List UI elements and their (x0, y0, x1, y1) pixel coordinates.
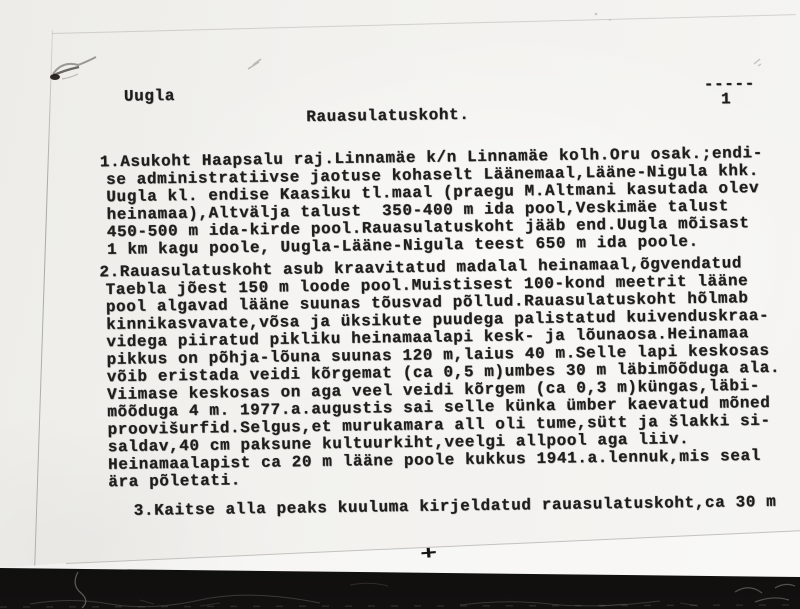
paragraph-2: 2.Rauasulatuskoht asub kraavitatud madal… (99, 255, 781, 492)
registration-plus-mark: + (419, 542, 438, 565)
scanned-document-page: Uugla ----- 1 Rauasulatuskoht. 1.Asukoht… (0, 0, 800, 609)
text-line: 3.Kaitse alla peaks kuuluma kirjeldatud … (134, 494, 777, 520)
paragraph-1: 1.Asukoht Haapsalu raj.Linnamäe k/n Linn… (100, 145, 765, 259)
document-body: 1.Asukoht Haapsalu raj.Linnamäe k/n Linn… (0, 0, 800, 609)
paragraph-3: 3.Kaitse alla peaks kuuluma kirjeldatud … (134, 494, 777, 520)
typed-text-layer: Uugla ----- 1 Rauasulatuskoht. 1.Asukoht… (0, 0, 800, 609)
